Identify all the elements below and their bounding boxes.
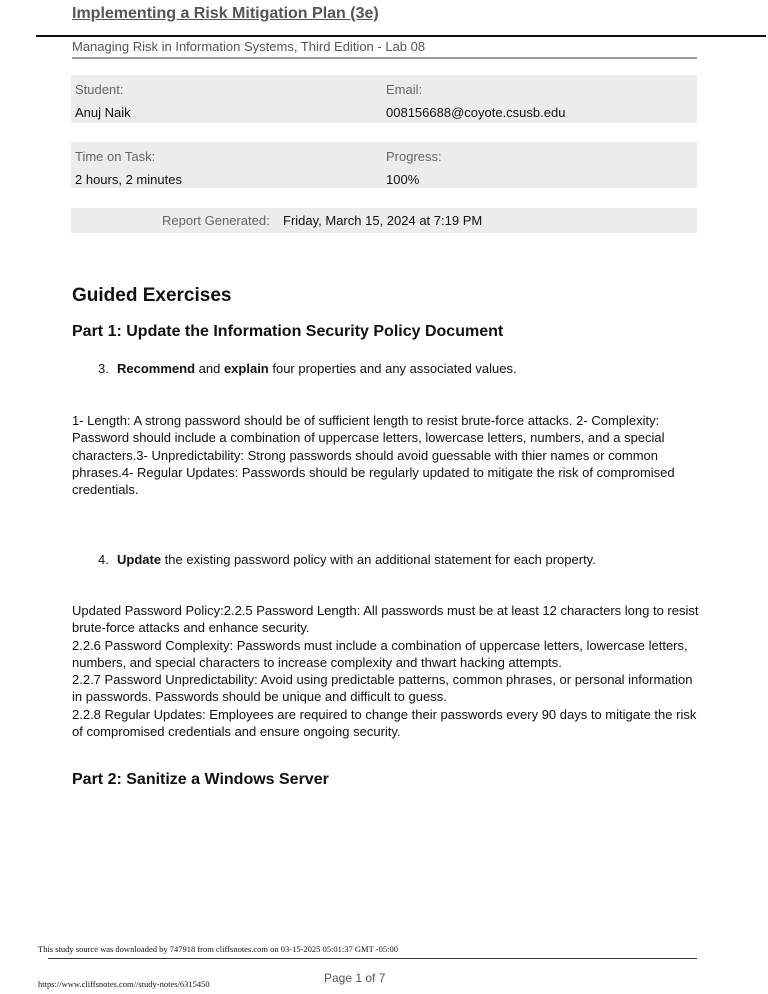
- part1-title: Part 1: Update the Information Security …: [72, 323, 503, 341]
- document-subtitle: Managing Risk in Information Systems, Th…: [72, 39, 425, 54]
- answer-4: Updated Password Policy:2.2.5 Password L…: [72, 602, 702, 740]
- question-text: and: [195, 361, 224, 376]
- question-number: 4.: [98, 552, 117, 567]
- footer-divider: [48, 958, 697, 959]
- email-label: Email:: [386, 82, 422, 97]
- question-verb: Recommend: [117, 361, 195, 376]
- task-info-box: Time on Task: 2 hours, 2 minutes Progres…: [71, 142, 697, 188]
- question-text: the existing password policy with an add…: [161, 552, 596, 567]
- time-on-task-label: Time on Task:: [75, 149, 155, 164]
- question-number: 3.: [98, 361, 117, 376]
- student-info-box: Student: Anuj Naik Email: 008156688@coyo…: [71, 75, 697, 123]
- email-value: 008156688@coyote.csusb.edu: [386, 105, 565, 120]
- document-title: Implementing a Risk Mitigation Plan (3e): [72, 5, 379, 23]
- question-verb: Update: [117, 552, 161, 567]
- question-3: 3.Recommend and explain four properties …: [98, 361, 517, 376]
- report-generated-label: Report Generated:: [162, 213, 270, 228]
- section-title: Guided Exercises: [72, 285, 231, 307]
- report-generated-box: Report Generated: Friday, March 15, 2024…: [71, 208, 697, 233]
- source-url[interactable]: https://www.cliffsnotes.com//study-notes…: [38, 979, 210, 989]
- question-text: four properties and any associated value…: [269, 361, 517, 376]
- report-generated-value: Friday, March 15, 2024 at 7:19 PM: [283, 213, 482, 228]
- title-divider: [36, 35, 766, 37]
- student-label: Student:: [75, 82, 123, 97]
- page-number: Page 1 of 7: [324, 971, 385, 985]
- question-verb: explain: [224, 361, 269, 376]
- question-4: 4.Update the existing password policy wi…: [98, 552, 596, 567]
- time-on-task-value: 2 hours, 2 minutes: [75, 172, 182, 187]
- part2-title: Part 2: Sanitize a Windows Server: [72, 771, 329, 789]
- progress-label: Progress:: [386, 149, 442, 164]
- student-name: Anuj Naik: [75, 105, 131, 120]
- download-note: This study source was downloaded by 7479…: [38, 944, 398, 954]
- subtitle-divider: [72, 57, 697, 59]
- progress-value: 100%: [386, 172, 419, 187]
- answer-3: 1- Length: A strong password should be o…: [72, 412, 702, 498]
